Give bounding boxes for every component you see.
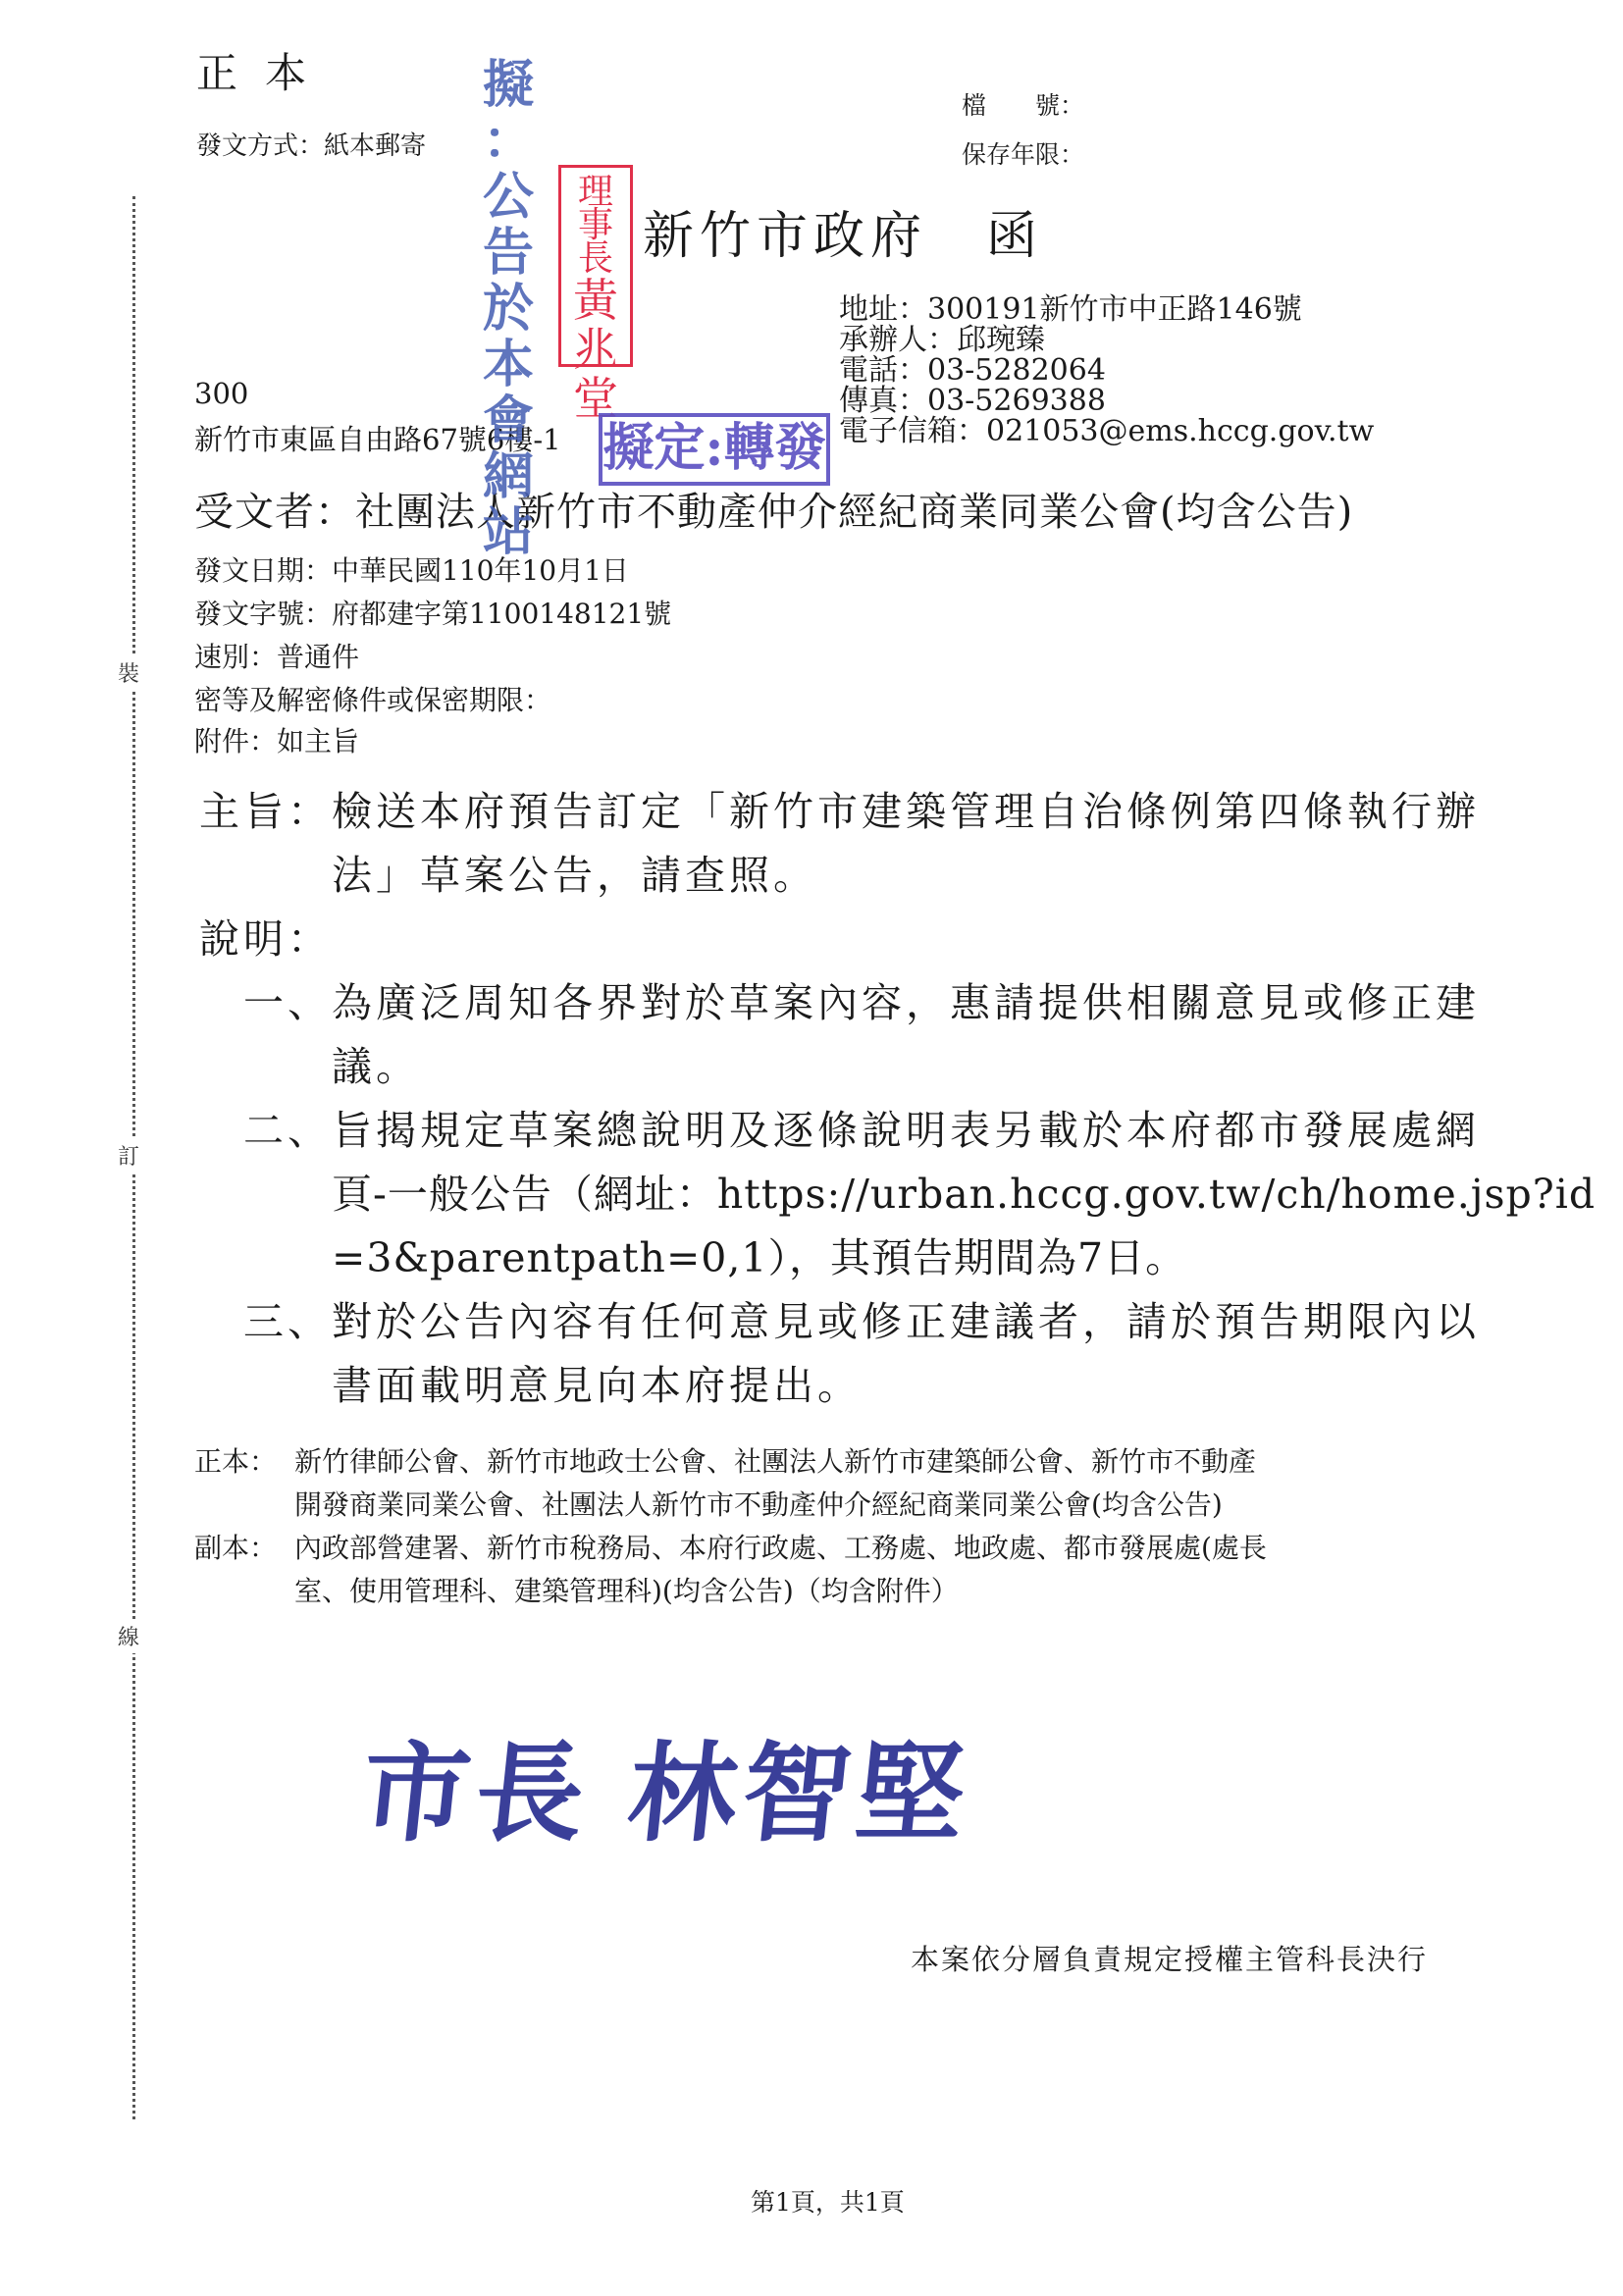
urgency: 速別：普通件	[194, 636, 359, 675]
explanation-item-2-number: 二、	[243, 1099, 332, 1163]
stamp-char: 公	[479, 169, 538, 225]
original-recipients-line-2: 開發商業同業公會、社團法人新竹市不動產仲介經紀商業同業公會(均含公告)	[294, 1484, 1223, 1527]
subject-line-2: 法」草案公告，請查照。	[332, 844, 817, 908]
explanation-item-2-line-1: 旨揭規定草案總說明及逐條說明表另載於本府都市發展處網	[332, 1099, 1480, 1163]
explanation-item-1-line-2: 議。	[332, 1035, 420, 1099]
seal-char: 長	[561, 242, 630, 276]
retention-period-label: 保存年限：	[962, 135, 1084, 171]
contact-email: 電子信箱：021053@ems.hccg.gov.tw	[839, 416, 1374, 446]
vertical-blue-stamp: 擬 ： 公 告 於 本 會 網 站	[479, 57, 538, 560]
stamp-char: 會	[479, 392, 538, 448]
issue-date: 發文日期：中華民國110年10月1日	[194, 549, 629, 589]
copy-type: 正本	[196, 41, 334, 100]
issuing-organization: 新竹市政府	[643, 207, 927, 266]
contact-address: 地址：300191新竹市中正路146號	[839, 294, 1374, 325]
explanation-item-3-line-1: 對於公告內容有任何意見或修正建議者，請於預告期限內以	[332, 1290, 1480, 1354]
stamp-char: 網	[479, 448, 538, 504]
stamp-char: 告	[479, 225, 538, 281]
document-title: 新竹市政府函	[643, 194, 1043, 268]
stamp-char: 於	[479, 281, 538, 337]
signature-name: 林智堅	[622, 1730, 977, 1856]
copy-recipients-label: 副本：	[194, 1527, 277, 1570]
send-method: 發文方式：紙本郵寄	[196, 126, 426, 162]
explanation-item-1-number: 一、	[243, 971, 332, 1035]
copy-recipients-line-2: 室、使用管理科、建築管理科)(均含公告)（均含附件）	[294, 1570, 959, 1613]
binding-mark-ding: 訂	[118, 1138, 139, 1173]
contact-block: 地址：300191新竹市中正路146號 承辦人：邱琬臻 電話：03-528206…	[839, 294, 1374, 446]
explanation-item-3-line-2: 書面載明意見向本府提出。	[332, 1354, 862, 1418]
binding-mark-xian: 線	[118, 1619, 139, 1653]
delegation-note: 本案依分層負責規定授權主管科長決行	[911, 1938, 1428, 1978]
explanation-label: 說明：	[199, 908, 332, 971]
stamp-char: ：	[479, 113, 538, 169]
document-kind: 函	[986, 207, 1043, 266]
attachment: 附件：如主旨	[194, 720, 359, 759]
explanation-item-2-line-2: 頁-一般公告（網址：https://urban.hccg.gov.tw/ch/h…	[332, 1163, 1596, 1226]
seal-char: 事	[561, 209, 630, 242]
contact-fax: 傳真：03-5269388	[839, 386, 1374, 416]
contact-handler: 承辦人：邱琬臻	[839, 325, 1374, 355]
seal-char: 黃	[561, 276, 630, 325]
mayor-signature: 市長林智堅	[355, 1707, 980, 1862]
stamp-char: 本	[479, 337, 538, 392]
stamp-char: 擬	[479, 57, 538, 113]
explanation-item-3-number: 三、	[243, 1290, 332, 1354]
forward-decision-stamp: 擬定:轉發	[599, 413, 830, 486]
document-number: 發文字號：府都建字第1100148121號	[194, 593, 671, 632]
contact-phone: 電話：03-5282064	[839, 355, 1374, 386]
stamp-char: 站	[479, 504, 538, 560]
secrecy-level: 密等及解密條件或保密期限：	[194, 679, 551, 718]
seal-char: 兆	[561, 325, 630, 374]
binding-mark-zhuang: 裝	[118, 655, 139, 690]
original-recipients-line-1: 新竹律師公會、新竹市地政士公會、社團法人新竹市建築師公會、新竹市不動產	[294, 1440, 1256, 1484]
recipient: 受文者：社團法人新竹市不動產仲介經紀商業同業公會(均含公告)	[194, 481, 1353, 537]
subject-label: 主旨：	[199, 780, 332, 844]
signature-title: 市長	[355, 1730, 597, 1856]
seal-char: 理	[561, 176, 630, 209]
subject-line-1: 檢送本府預告訂定「新竹市建築管理自治條例第四條執行辦	[332, 780, 1480, 844]
copy-recipients-line-1: 內政部營建署、新竹市稅務局、本府行政處、工務處、地政處、都市發展處(處長	[294, 1527, 1267, 1570]
recipient-zip: 300	[194, 377, 248, 410]
page-number: 第1頁，共1頁	[751, 2183, 905, 2218]
explanation-item-2-line-3: =3&parentpath=0,1），其預告期間為7日。	[332, 1226, 1186, 1290]
file-number-label: 檔 號：	[962, 86, 1084, 122]
explanation-item-1-line-1: 為廣泛周知各界對於草案內容，惠請提供相關意見或修正建	[332, 971, 1480, 1035]
chairman-red-seal: 理 事 長 黃 兆 堂	[558, 165, 633, 367]
original-recipients-label: 正本：	[194, 1440, 277, 1484]
